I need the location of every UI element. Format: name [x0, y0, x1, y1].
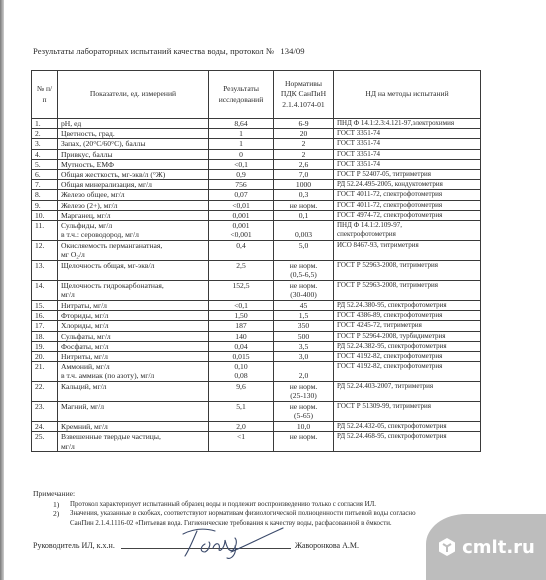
cell-result: 0,4 — [209, 241, 274, 261]
cell-indicator: Окисляемость перманганатная,мг О₂/л — [58, 241, 209, 261]
cell-num: 17. — [32, 321, 58, 331]
cell-method-text: ИСО 8467-93, титриметрия — [337, 241, 477, 250]
cell-num: 11. — [32, 221, 58, 241]
table-row: 25.Взвешенные твердые частицы,мг/л<1не н… — [32, 432, 481, 452]
cell-indicator: Цветность, град. — [58, 129, 209, 139]
note-number: 2) — [53, 509, 70, 519]
cell-result-text: 9,6 — [212, 382, 270, 391]
cell-norm-text: не норм. — [277, 201, 330, 210]
cell-method-text: РД 52.24.432-05, спектрофотометрия — [337, 422, 477, 431]
cell-num: 1. — [32, 119, 58, 129]
cell-method-text: спектрофотометрия — [337, 230, 477, 239]
cell-num-text: 24. — [35, 422, 54, 431]
cell-num: 25. — [32, 432, 58, 452]
cell-norm: не норм. — [274, 200, 334, 210]
cell-method: ПНД Ф 14.1:2.3:4.121-97,электрохимия — [334, 119, 481, 129]
cell-num-text: 7. — [35, 180, 54, 189]
cell-result-text: <0,1 — [212, 301, 270, 310]
cell-num: 3. — [32, 139, 58, 149]
note-number: 1) — [53, 500, 70, 510]
protocol-number: 134/09 — [280, 46, 304, 56]
table-row: 7.Общая минерализация, мг/л7561000РД 52.… — [32, 180, 481, 190]
cell-result: 0,100,08 — [209, 362, 274, 382]
table-row: 22.Кальций, мг/л9,6не норм.(25-130)РД 52… — [32, 382, 481, 402]
signer-role: Руководитель ИЛ, к.х.н. — [33, 541, 115, 550]
cell-result-text: 187 — [212, 321, 270, 330]
cell-indicator-text: Цветность, град. — [61, 129, 205, 138]
cell-method: ГОСТ 4192-82, спектрофотометрия — [334, 362, 481, 382]
cell-norm-text: 1,5 — [277, 311, 330, 320]
cell-method: ГОСТ 3351-74 — [334, 129, 481, 139]
cell-method: ПНД Ф 14.1:2.109-97,спектрофотометрия — [334, 221, 481, 241]
cell-result-text: 1 — [212, 129, 270, 138]
table-row: 11.Сульфиды, мг/лв т.ч.: сероводород, мг… — [32, 221, 481, 241]
cell-num-text: 12. — [35, 241, 54, 250]
table-row: 24.Кремний, мг/л2,010,0РД 52.24.432-05, … — [32, 422, 481, 432]
cell-num: 7. — [32, 180, 58, 190]
table-row: 8.Железо общее, мг/л0,070,3ГОСТ 4011-72,… — [32, 190, 481, 200]
cell-num-text: 19. — [35, 342, 54, 351]
header-norm: Нормативы ПДК СанПиН 2.1.4.1074-01 — [274, 71, 334, 119]
cell-indicator-text: в т.ч.: сероводород, мг/л — [61, 230, 205, 239]
cell-norm-text — [277, 221, 330, 230]
cell-result: 140 — [209, 331, 274, 341]
cell-indicator-text: Сульфаты, мг/л — [61, 332, 205, 341]
cell-num-text: 3. — [35, 139, 54, 148]
cell-method: ГОСТ 4011-72, спектрофотометрия — [334, 190, 481, 200]
cell-norm: 2,0 — [274, 362, 334, 382]
cell-result: 9,6 — [209, 382, 274, 402]
cell-result-text: 8,64 — [212, 119, 270, 128]
watermark-text: cmlt.ru — [462, 537, 535, 558]
cell-method: ГОСТ Р 52964-2008, турбидиметрия — [334, 331, 481, 341]
cell-method-text: РД 52.24.382-95, спектрофотометрия — [337, 342, 477, 351]
cube-icon — [437, 537, 457, 557]
cell-norm-text: (25-130) — [277, 391, 330, 400]
signer-name: Жаворонкова А.М. — [295, 541, 359, 550]
table-row: 14.Щелочность гидрокарбонатная,мг/л152,5… — [32, 281, 481, 301]
cell-result-text: 140 — [212, 332, 270, 341]
cell-indicator-text: Аммоний, мг/л — [61, 362, 205, 371]
cell-norm: 500 — [274, 331, 334, 341]
cell-method: РД 52.24.495-2005, кондуктометрия — [334, 180, 481, 190]
cell-method-text: ГОСТ 4974-72, спектрофотометрия — [337, 211, 477, 220]
cell-norm-text: 2,6 — [277, 160, 330, 169]
cell-result: 1,50 — [209, 311, 274, 321]
cell-num-text: 4. — [35, 150, 54, 159]
cell-norm-text: (0,5-6,5) — [277, 270, 330, 279]
cell-indicator-text: Железо (2+), мг/л — [61, 201, 205, 210]
cell-num: 16. — [32, 311, 58, 321]
cell-num: 22. — [32, 382, 58, 402]
cell-num: 14. — [32, 281, 58, 301]
cell-num-text: 25. — [35, 432, 54, 441]
cell-result-text: 0,015 — [212, 352, 270, 361]
cell-num: 18. — [32, 331, 58, 341]
cell-num-text: 10. — [35, 211, 54, 220]
cell-norm: 0,3 — [274, 190, 334, 200]
cell-result: 0,001<0,001 — [209, 221, 274, 241]
cell-result: <1 — [209, 432, 274, 452]
cell-indicator-text: Привкус, баллы — [61, 150, 205, 159]
cell-indicator: Общая минерализация, мг/л — [58, 180, 209, 190]
cell-norm-text: 0,003 — [277, 230, 330, 239]
table-body: 1.pH, ед8,646-9ПНД Ф 14.1:2.3:4.121-97,э… — [32, 119, 481, 452]
results-table: № п/п Показатели, ед. измерений Результа… — [31, 70, 481, 452]
cell-num-text: 14. — [35, 281, 54, 290]
cell-norm-text: 6-9 — [277, 119, 330, 128]
cell-norm: 5,0 — [274, 241, 334, 261]
cell-indicator-text: Окисляемость перманганатная, — [61, 241, 205, 250]
watermark: cmlt.ru — [426, 514, 546, 580]
cell-method-text: РД 52.24.468-95, спектрофотометрия — [337, 432, 477, 441]
cell-indicator: Привкус, баллы — [58, 149, 209, 159]
cell-result: <0,01 — [209, 200, 274, 210]
table-row: 10.Марганец, мг/л0,0010,1ГОСТ 4974-72, с… — [32, 210, 481, 220]
cell-method: ГОСТ 3351-74 — [334, 139, 481, 149]
table-row: 13.Щелочность общая, мг-экв/л2,5не норм.… — [32, 261, 481, 281]
cell-indicator: Фосфаты, мг/л — [58, 341, 209, 351]
table-row: 5.Мутность, ЕМФ<0,12,6ГОСТ 3351-74 — [32, 159, 481, 169]
cell-indicator-text: Щелочность общая, мг-экв/л — [61, 261, 205, 270]
cell-norm-text: не норм. — [277, 432, 330, 441]
cell-method-text: ГОСТ 4192-82, спектрофотометрия — [337, 352, 477, 361]
cell-norm-text: 2,0 — [277, 371, 330, 380]
cell-method: ГОСТ 4386-89, спектрофотометрия — [334, 311, 481, 321]
handwritten-signature — [175, 522, 285, 562]
cell-num: 8. — [32, 190, 58, 200]
cell-num-text: 23. — [35, 402, 54, 411]
cell-num: 10. — [32, 210, 58, 220]
table-row: 9.Железо (2+), мг/л<0,01не норм.ГОСТ 401… — [32, 200, 481, 210]
cell-num: 20. — [32, 352, 58, 362]
title-text: Результаты лабораторных испытаний качест… — [33, 46, 274, 56]
cell-num-text: 13. — [35, 261, 54, 270]
cell-indicator: Кремний, мг/л — [58, 422, 209, 432]
cell-num-text: 1. — [35, 119, 54, 128]
cell-num-text: 2. — [35, 129, 54, 138]
cell-method-text: ГОСТ Р 52963-2008, титриметрия — [337, 281, 477, 290]
cell-result: 2,0 — [209, 422, 274, 432]
cell-indicator: Сульфаты, мг/л — [58, 331, 209, 341]
cell-indicator-text: Фториды, мг/л — [61, 311, 205, 320]
cell-num: 12. — [32, 241, 58, 261]
cell-method-text: ГОСТ 3351-74 — [337, 129, 477, 138]
cell-result-text: 0,04 — [212, 342, 270, 351]
cell-norm-text: 1000 — [277, 180, 330, 189]
cell-result-text: 0,08 — [212, 371, 270, 380]
table-row: 17.Хлориды, мг/л187350ГОСТ 4245-72, титр… — [32, 321, 481, 331]
cell-norm-text: 0,3 — [277, 190, 330, 199]
cell-norm: 0,1 — [274, 210, 334, 220]
cell-method-text: ПНД Ф 14.1:2.3:4.121-97,электрохимия — [337, 119, 477, 128]
cell-indicator-text: Кальций, мг/л — [61, 382, 205, 391]
cell-result-text: 2,5 — [212, 261, 270, 270]
table-row: 3.Запах, (20°С/60°С), баллы12ГОСТ 3351-7… — [32, 139, 481, 149]
cell-method-text: ГОСТ Р 52407-05, титриметрия — [337, 170, 477, 179]
table-row: 1.pH, ед8,646-9ПНД Ф 14.1:2.3:4.121-97,э… — [32, 119, 481, 129]
cell-indicator-text: Марганец, мг/л — [61, 211, 205, 220]
cell-method-text: ГОСТ 3351-74 — [337, 139, 477, 148]
cell-norm: 1000 — [274, 180, 334, 190]
cell-indicator: Железо (2+), мг/л — [58, 200, 209, 210]
cell-method-text: ГОСТ 4386-89, спектрофотометрия — [337, 311, 477, 320]
cell-indicator-text: Нитриты, мг/л — [61, 352, 205, 361]
cell-num: 24. — [32, 422, 58, 432]
cell-norm-text: 0,1 — [277, 211, 330, 220]
note-item: 1) Протокол характеризует испытанный обр… — [33, 500, 533, 510]
cell-method-text: ГОСТ 4245-72, титриметрия — [337, 321, 477, 330]
cell-norm: 2 — [274, 149, 334, 159]
cell-num: 6. — [32, 170, 58, 180]
cell-indicator: Кальций, мг/л — [58, 382, 209, 402]
cell-method: ГОСТ Р 51309-99, титриметрия — [334, 402, 481, 422]
cell-indicator-text: Магний, мг/л — [61, 402, 205, 411]
cell-norm-text: 10,0 — [277, 422, 330, 431]
table-row: 21.Аммоний, мг/лв т.ч. аммиак (по азоту)… — [32, 362, 481, 382]
cell-norm: 20 — [274, 129, 334, 139]
header-num: № п/п — [32, 71, 58, 119]
cell-num-text: 21. — [35, 362, 54, 371]
cell-method-text: ГОСТ 3351-74 — [337, 160, 477, 169]
cell-norm: не норм.(30-400) — [274, 281, 334, 301]
cell-num: 4. — [32, 149, 58, 159]
cell-indicator-text: Щелочность гидрокарбонатная, — [61, 281, 205, 290]
cell-result: <0,1 — [209, 301, 274, 311]
cell-result: 756 — [209, 180, 274, 190]
cell-num-text: 6. — [35, 170, 54, 179]
cell-method-text: ГОСТ 3351-74 — [337, 150, 477, 159]
cell-result-text: 0,001 — [212, 211, 270, 220]
cell-norm-text — [277, 362, 330, 371]
cell-result-text: 0,4 — [212, 241, 270, 250]
cell-norm: 1,5 — [274, 311, 334, 321]
cell-norm: не норм.(5-65) — [274, 402, 334, 422]
table-row: 20.Нитриты, мг/л0,0153,0ГОСТ 4192-82, сп… — [32, 352, 481, 362]
cell-method-text: ГОСТ Р 51309-99, титриметрия — [337, 402, 477, 411]
cell-method-text: ГОСТ Р 52964-2008, турбидиметрия — [337, 332, 477, 341]
cell-result: 0,001 — [209, 210, 274, 220]
cell-num-text: 5. — [35, 160, 54, 169]
cell-method: РД 52.24.432-05, спектрофотометрия — [334, 422, 481, 432]
cell-result-text: <0,1 — [212, 160, 270, 169]
cell-norm: не норм. — [274, 432, 334, 452]
cell-indicator-text: Фосфаты, мг/л — [61, 342, 205, 351]
cell-result-text: <0,01 — [212, 201, 270, 210]
cell-indicator-text: Хлориды, мг/л — [61, 321, 205, 330]
table-row: 15.Нитраты, мг/л<0,145РД 52.24.380-95, с… — [32, 301, 481, 311]
cell-result-text: 1 — [212, 139, 270, 148]
cell-indicator-text: мг/л — [61, 290, 205, 299]
cell-method-text: РД 52.24.380-95, спектрофотометрия — [337, 301, 477, 310]
cell-indicator: Железо общее, мг/л — [58, 190, 209, 200]
cell-norm-text: не норм. — [277, 402, 330, 411]
cell-result: 152,5 — [209, 281, 274, 301]
cell-result: 2,5 — [209, 261, 274, 281]
cell-result-text: 152,5 — [212, 281, 270, 290]
cell-num: 13. — [32, 261, 58, 281]
cell-norm: не норм.(25-130) — [274, 382, 334, 402]
header-result: Результаты исследований — [209, 71, 274, 119]
cell-indicator: Сульфиды, мг/лв т.ч.: сероводород, мг/л — [58, 221, 209, 241]
cell-result-text: 5,1 — [212, 402, 270, 411]
cell-num-text: 9. — [35, 201, 54, 210]
cell-method: ГОСТ 3351-74 — [334, 159, 481, 169]
cell-method: ГОСТ 4192-82, спектрофотометрия — [334, 352, 481, 362]
cell-num: 19. — [32, 341, 58, 351]
cell-indicator-text: Общая жесткость, мг-экв/л (°Ж) — [61, 170, 205, 179]
cell-result-text: 0,10 — [212, 362, 270, 371]
cell-norm-text: 2 — [277, 150, 330, 159]
scan-edge — [0, 0, 4, 580]
cell-result-text: 1,50 — [212, 311, 270, 320]
cell-result: 0 — [209, 149, 274, 159]
cell-indicator-text: pH, ед — [61, 119, 205, 128]
cell-indicator: Нитриты, мг/л — [58, 352, 209, 362]
cell-result: 1 — [209, 129, 274, 139]
cell-method: ГОСТ 3351-74 — [334, 149, 481, 159]
cell-indicator: Нитраты, мг/л — [58, 301, 209, 311]
table-row: 4.Привкус, баллы02ГОСТ 3351-74 — [32, 149, 481, 159]
header-indicator: Показатели, ед. измерений — [58, 71, 209, 119]
cell-indicator: Взвешенные твердые частицы,мг/л — [58, 432, 209, 452]
cell-norm-text: 2 — [277, 139, 330, 148]
cell-norm-text: 20 — [277, 129, 330, 138]
cell-num-text: 22. — [35, 382, 54, 391]
cell-indicator: Хлориды, мг/л — [58, 321, 209, 331]
cell-result-text: 0,001 — [212, 221, 270, 230]
cell-method: РД 52.24.403-2007, титриметрия — [334, 382, 481, 402]
cell-result-text: 2,0 — [212, 422, 270, 431]
table-row: 18.Сульфаты, мг/л140500ГОСТ Р 52964-2008… — [32, 331, 481, 341]
cell-norm: 3,5 — [274, 341, 334, 351]
cell-method: ГОСТ Р 52963-2008, титриметрия — [334, 261, 481, 281]
note-text: Протокол характеризует испытанный образе… — [70, 500, 376, 510]
cell-num-text: 17. — [35, 321, 54, 330]
cell-norm: 0,003 — [274, 221, 334, 241]
cell-indicator: Общая жесткость, мг-экв/л (°Ж) — [58, 170, 209, 180]
cell-norm-text: (30-400) — [277, 290, 330, 299]
cell-norm: 7,0 — [274, 170, 334, 180]
cell-indicator-text: Кремний, мг/л — [61, 422, 205, 431]
cell-norm: 350 — [274, 321, 334, 331]
cell-indicator: Магний, мг/л — [58, 402, 209, 422]
cell-num-text: 16. — [35, 311, 54, 320]
cell-method-text: РД 52.24.403-2007, титриметрия — [337, 382, 477, 391]
cell-method: ГОСТ 4245-72, титриметрия — [334, 321, 481, 331]
cell-method-text: ГОСТ 4192-82, спектрофотометрия — [337, 362, 477, 371]
cell-method: ГОСТ 4011-72, спектрофотометрия — [334, 200, 481, 210]
cell-result: 8,64 — [209, 119, 274, 129]
cell-indicator: Щелочность общая, мг-экв/л — [58, 261, 209, 281]
cell-num-text: 20. — [35, 352, 54, 361]
cell-method-text: ГОСТ 4011-72, спектрофотометрия — [337, 190, 477, 199]
cell-indicator-text: Нитраты, мг/л — [61, 301, 205, 310]
cell-num: 21. — [32, 362, 58, 382]
cell-indicator-text: Сульфиды, мг/л — [61, 221, 205, 230]
cell-indicator: Фториды, мг/л — [58, 311, 209, 321]
cell-indicator-text: Запах, (20°С/60°С), баллы — [61, 139, 205, 148]
cell-norm-text: 3,5 — [277, 342, 330, 351]
cell-method: ГОСТ Р 52963-2008, титриметрия — [334, 281, 481, 301]
cell-method: ГОСТ Р 52407-05, титриметрия — [334, 170, 481, 180]
cell-norm: не норм.(0,5-6,5) — [274, 261, 334, 281]
cell-num-text: 8. — [35, 190, 54, 199]
cell-indicator-text: мг О₂/л — [61, 250, 205, 259]
cell-result: <0,1 — [209, 159, 274, 169]
cell-indicator-text: Мутность, ЕМФ — [61, 160, 205, 169]
cell-norm: 3,0 — [274, 352, 334, 362]
cell-norm-text: 5,0 — [277, 241, 330, 250]
cell-result: 187 — [209, 321, 274, 331]
cell-method-text: РД 52.24.495-2005, кондуктометрия — [337, 180, 477, 189]
cell-norm-text: не норм. — [277, 382, 330, 391]
table-row: 16.Фториды, мг/л1,501,5ГОСТ 4386-89, спе… — [32, 311, 481, 321]
cell-method-text: ГОСТ Р 52963-2008, титриметрия — [337, 261, 477, 270]
cell-num-text: 11. — [35, 221, 54, 230]
cell-norm: 2 — [274, 139, 334, 149]
cell-indicator-text: Взвешенные твердые частицы, — [61, 432, 205, 441]
cell-indicator: Марганец, мг/л — [58, 210, 209, 220]
cell-num-text: 15. — [35, 301, 54, 310]
cell-result: 0,07 — [209, 190, 274, 200]
cell-result: 0,04 — [209, 341, 274, 351]
cell-method-text: ПНД Ф 14.1:2.109-97, — [337, 221, 477, 230]
cell-result-text: 0,07 — [212, 190, 270, 199]
cell-method: РД 52.24.382-95, спектрофотометрия — [334, 341, 481, 351]
table-row: 6.Общая жесткость, мг-экв/л (°Ж)0,97,0ГО… — [32, 170, 481, 180]
cell-norm-text: 3,0 — [277, 352, 330, 361]
cell-result: 0,015 — [209, 352, 274, 362]
cell-method-text: ГОСТ 4011-72, спектрофотометрия — [337, 201, 477, 210]
cell-num: 15. — [32, 301, 58, 311]
cell-norm-text: 45 — [277, 301, 330, 310]
cell-method: РД 52.24.468-95, спектрофотометрия — [334, 432, 481, 452]
cell-method: ГОСТ 4974-72, спектрофотометрия — [334, 210, 481, 220]
cell-indicator-text: в т.ч. аммиак (по азоту), мг/л — [61, 371, 205, 380]
cell-norm-text: не норм. — [277, 281, 330, 290]
cell-result-text: 0 — [212, 150, 270, 159]
cell-norm-text: 500 — [277, 332, 330, 341]
cell-result-text: 0,9 — [212, 170, 270, 179]
cell-method: РД 52.24.380-95, спектрофотометрия — [334, 301, 481, 311]
cell-result: 0,9 — [209, 170, 274, 180]
cell-norm: 45 — [274, 301, 334, 311]
cell-indicator-text: Общая минерализация, мг/л — [61, 180, 205, 189]
cell-indicator: Запах, (20°С/60°С), баллы — [58, 139, 209, 149]
cell-norm-text: 7,0 — [277, 170, 330, 179]
cell-indicator: pH, ед — [58, 119, 209, 129]
cell-num: 2. — [32, 129, 58, 139]
document-title: Результаты лабораторных испытаний качест… — [33, 46, 305, 56]
cell-result-text: <0,001 — [212, 230, 270, 239]
cell-indicator-text: мг/л — [61, 442, 205, 451]
table-row: 23.Магний, мг/л5,1не норм.(5-65)ГОСТ Р 5… — [32, 402, 481, 422]
cell-result: 1 — [209, 139, 274, 149]
note-text: Значения, указанные в скобках, соответст… — [70, 509, 416, 519]
cell-norm: 6-9 — [274, 119, 334, 129]
header-method: НД на методы испытаний — [334, 71, 481, 119]
cell-result-text: <1 — [212, 432, 270, 441]
cell-result: 5,1 — [209, 402, 274, 422]
cell-indicator: Аммоний, мг/лв т.ч. аммиак (по азоту), м… — [58, 362, 209, 382]
cell-method: ИСО 8467-93, титриметрия — [334, 241, 481, 261]
cell-num: 23. — [32, 402, 58, 422]
cell-norm: 10,0 — [274, 422, 334, 432]
notes-header: Примечание: — [33, 489, 533, 499]
cell-indicator: Щелочность гидрокарбонатная,мг/л — [58, 281, 209, 301]
cell-norm-text: (5-65) — [277, 411, 330, 420]
